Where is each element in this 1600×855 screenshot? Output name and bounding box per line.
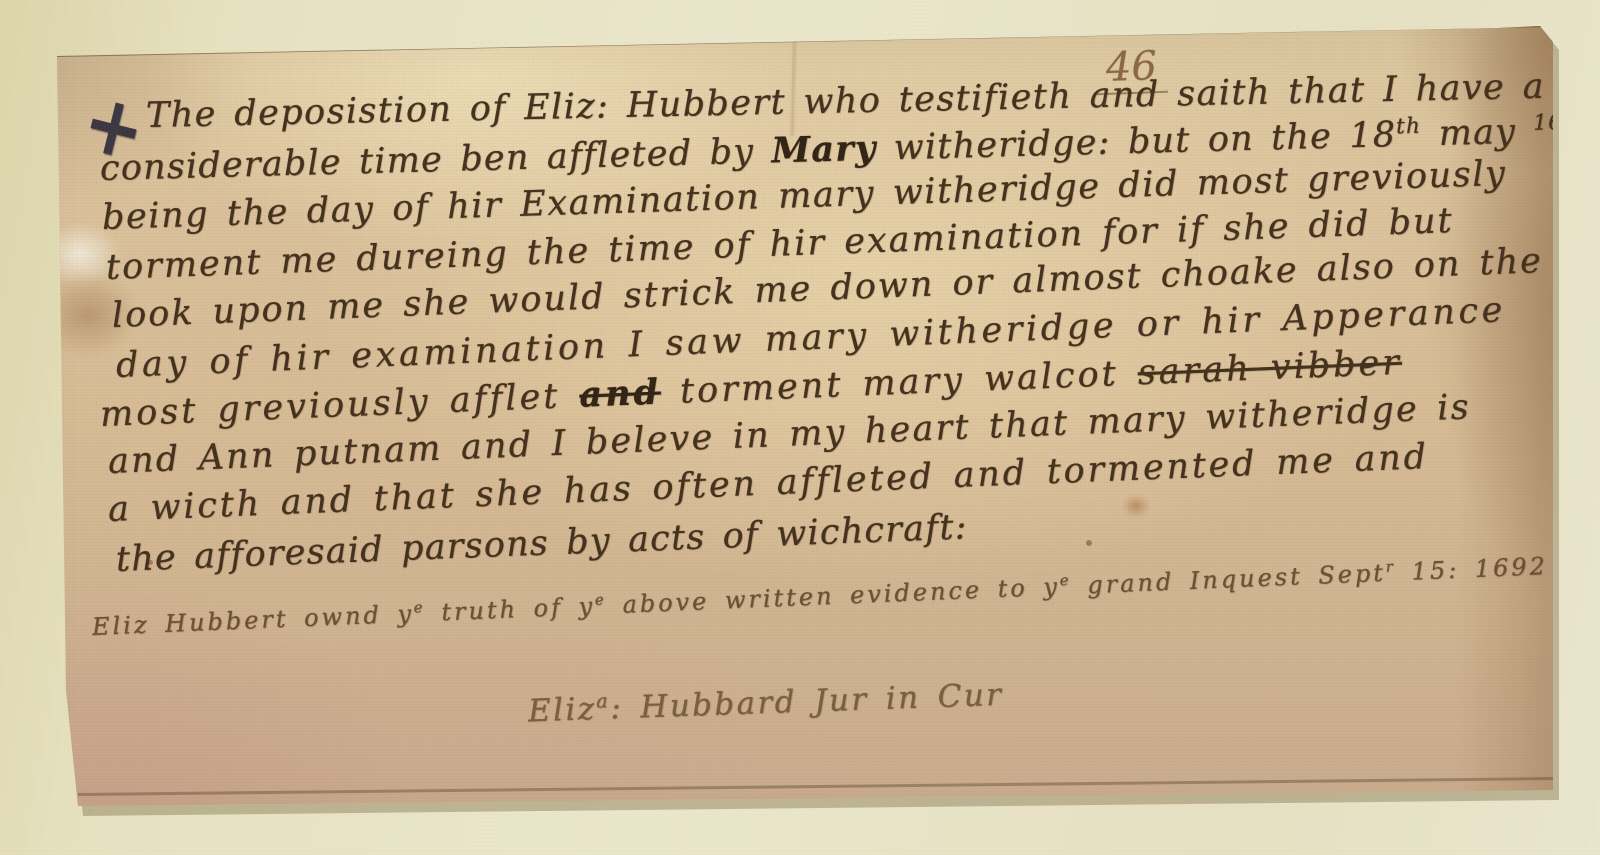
struck-text: sarah vibber xyxy=(1137,343,1403,394)
manuscript-text: grand Inquest Sept xyxy=(1071,559,1386,600)
manuscript-text: a xyxy=(596,689,611,712)
paper-top-edge xyxy=(57,24,1543,57)
manuscript-text: th xyxy=(1396,114,1422,140)
manuscript-text: e xyxy=(1059,571,1072,589)
manuscript-text: Eliz Hubbert ownd y xyxy=(91,600,414,641)
struck-text: and xyxy=(579,371,662,415)
manuscript-text: e xyxy=(413,598,426,616)
photograph-of-manuscript: 46 + The deposistion of Eliz: Hubbert wh… xyxy=(0,0,1600,855)
manuscript-text: may xyxy=(1421,111,1534,154)
ink-speck xyxy=(30,742,35,747)
manuscript-text: Eliz xyxy=(527,691,597,729)
manuscript-text: : Hubbard Jur in Cur xyxy=(610,677,1004,727)
manuscript-text: Mary xyxy=(771,128,877,172)
paper: 46 + The deposistion of Eliz: Hubbert wh… xyxy=(0,0,1600,855)
stain xyxy=(1122,494,1150,518)
manuscript-text: above written evidence to y xyxy=(606,572,1060,619)
manuscript-text: truth of y xyxy=(425,592,595,627)
ink-speck xyxy=(1086,540,1092,546)
manuscript-text: 1692 xyxy=(1533,109,1594,136)
signature-line: Eliza: Hubbard Jur in Cur xyxy=(527,675,1004,729)
manuscript-text: 15: 1692 upon oath xyxy=(1395,545,1600,586)
